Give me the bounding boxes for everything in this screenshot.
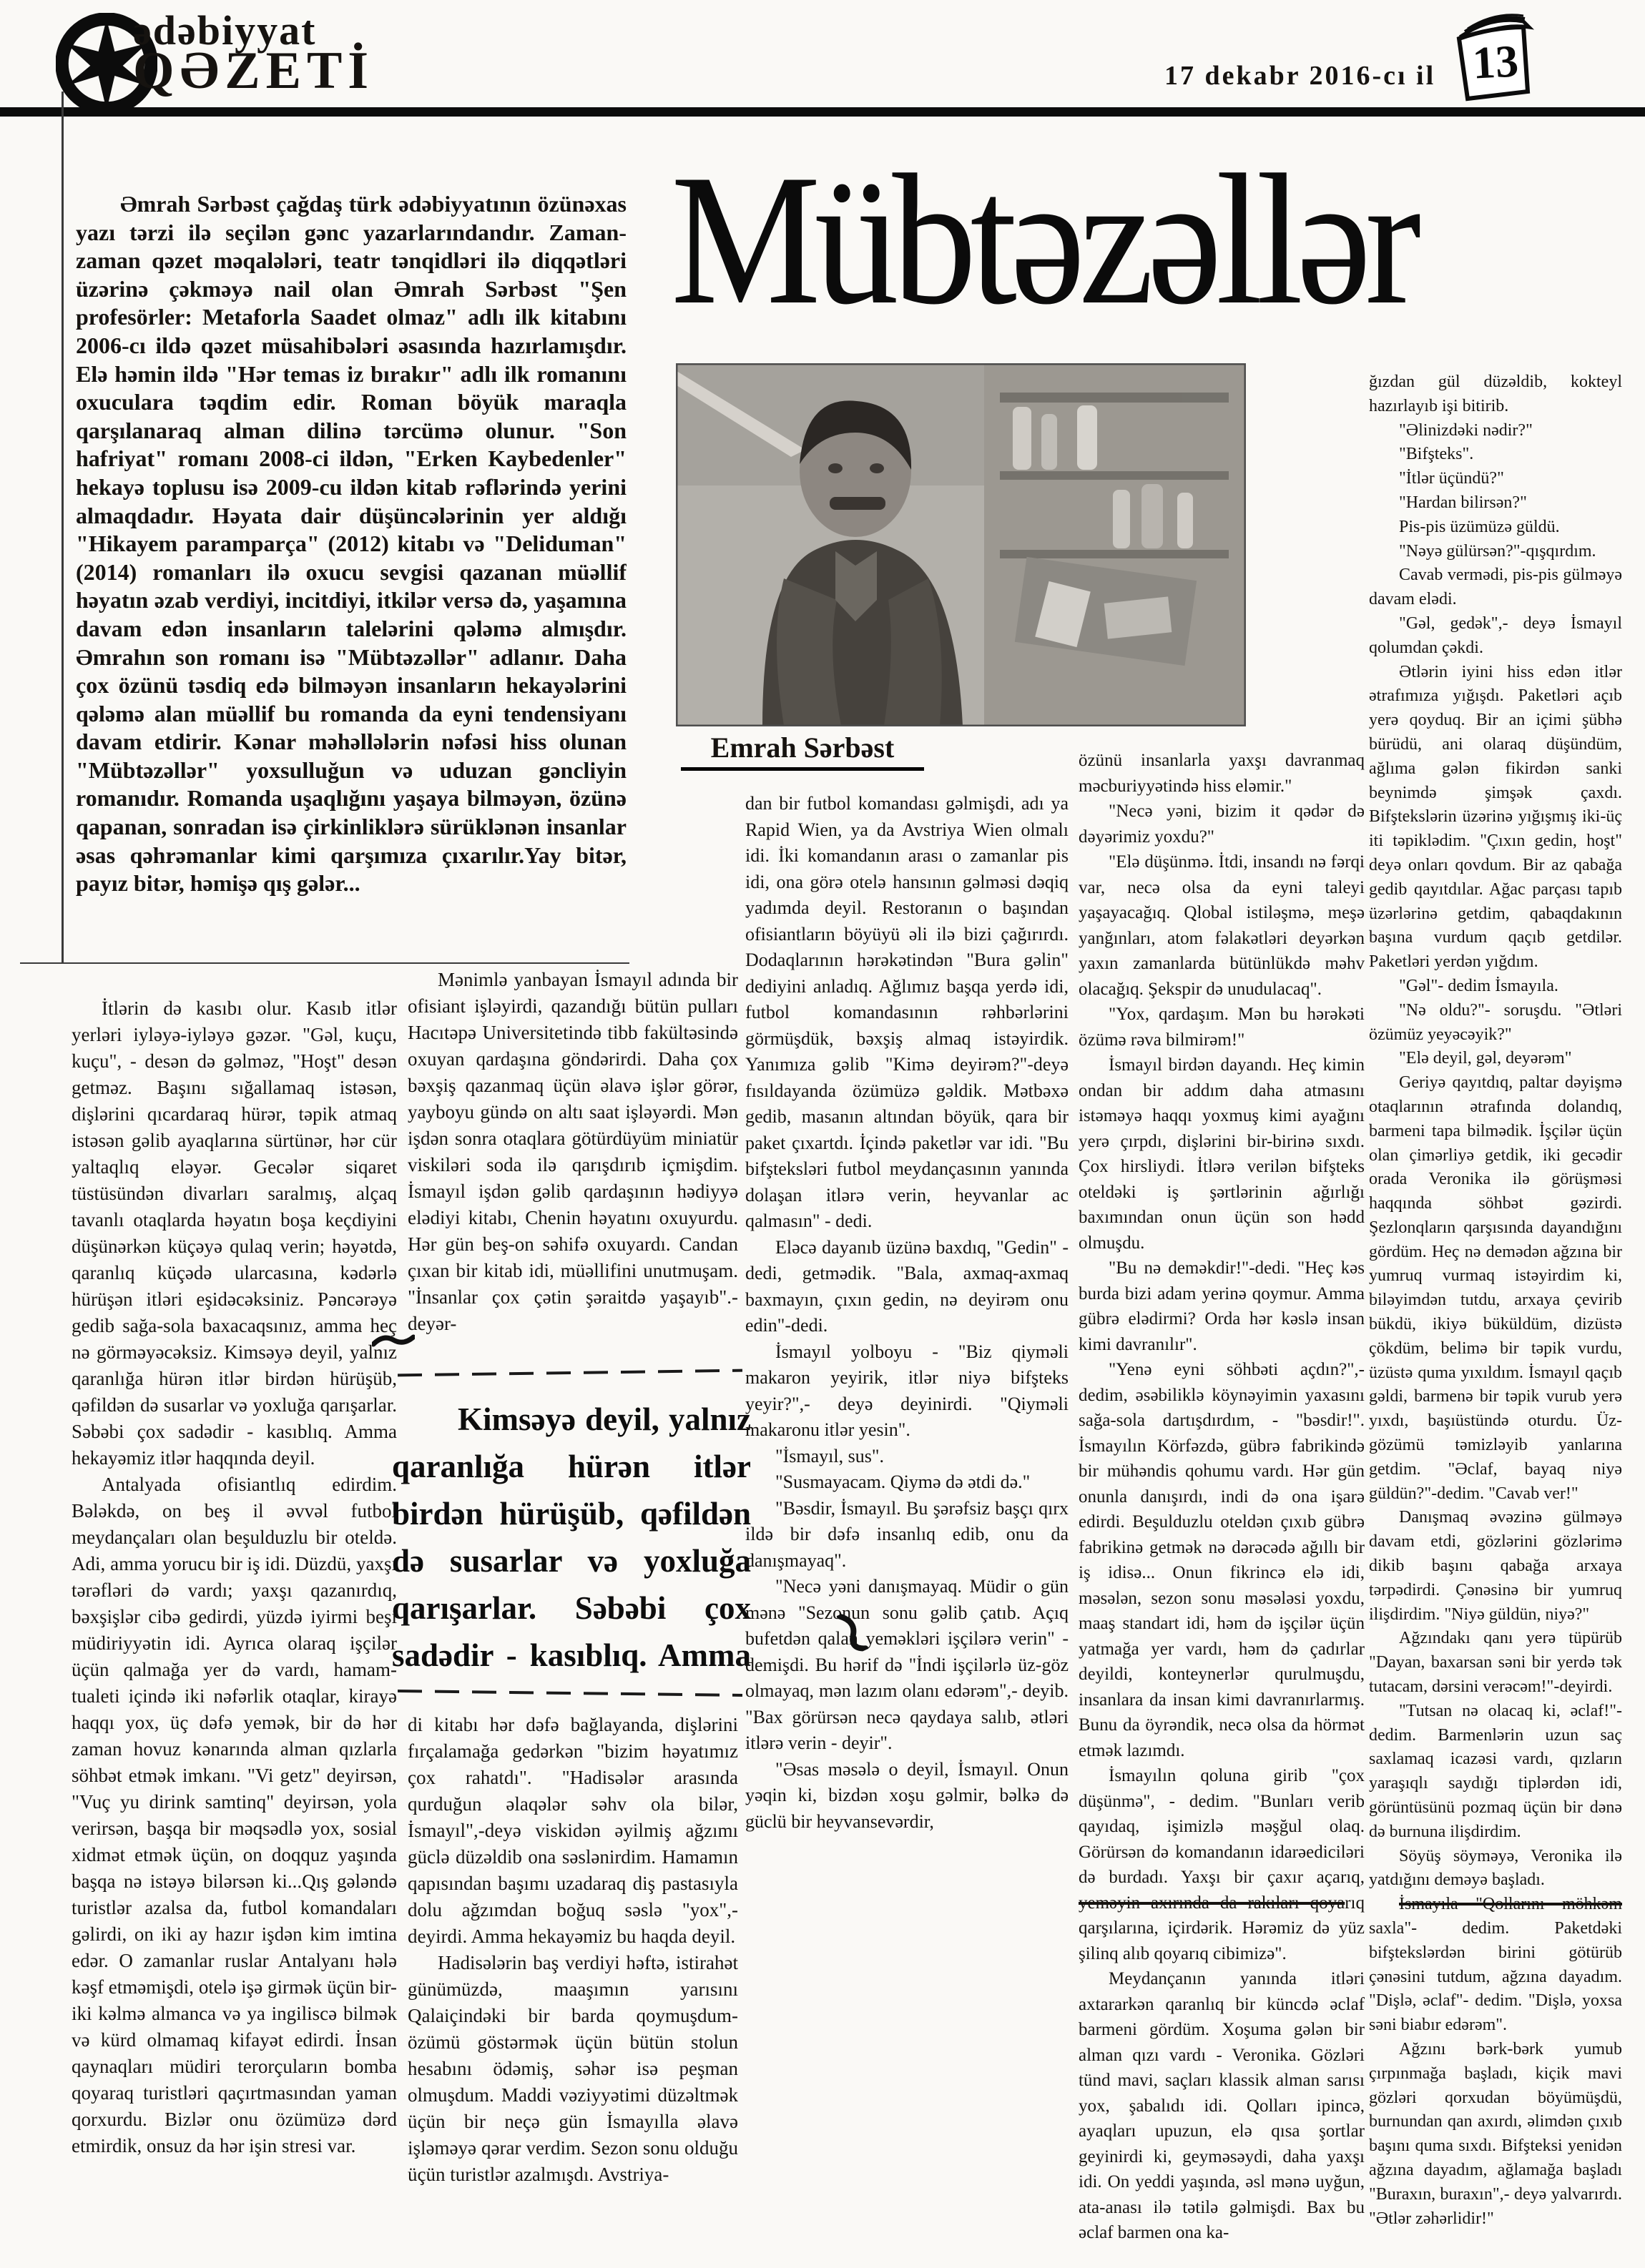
- paragraph: Pis-pis üzümüzə güldü.: [1369, 516, 1622, 540]
- paragraph: Cavab vermədi, pis-pis gülməyə davam elə…: [1369, 563, 1622, 612]
- paragraph: "Bifşteks".: [1369, 443, 1622, 467]
- paragraph: Danışmaq əvəzinə gülməyə davam etdi, göz…: [1369, 1506, 1622, 1627]
- paragraph: "Hardan bilirsən?": [1369, 491, 1622, 516]
- paragraph: "Yenə eyni söhbəti açdın?",- dedim, əsəb…: [1079, 1357, 1365, 1763]
- paragraph: Meydançanın yanında itləri axtararkən qa…: [1079, 1966, 1365, 2246]
- paragraph: İsmayıl yolboyu - "Biz qiyməli makaron y…: [745, 1339, 1069, 1444]
- newspaper-page: ədəbiyyat QƏZETİ 17 dekabr 2016-cı il 13…: [0, 0, 1645, 2268]
- paragraph: "Tutsan nə olacaq ki, əclaf!"- dedim. Ba…: [1369, 1700, 1622, 1845]
- body-column-3: dan bir futbol komandası gəlmişdi, adı y…: [745, 791, 1069, 2254]
- body-column-2-lower: di kitabı hər dəfə bağlayanda, dişlərini…: [408, 1712, 738, 2247]
- paragraph: Əmrah Sərbəst çağdaş türk ədəbiyyatının …: [76, 190, 627, 898]
- paragraph: dan bir futbol komandası gəlmişdi, adı y…: [745, 791, 1069, 1235]
- masthead-rule: [0, 107, 1645, 117]
- body-column-5: ğızdan gül düzəldib, kokteyl hazırlayıb …: [1369, 370, 1622, 2255]
- paragraph: "İsmayıl, sus".: [745, 1444, 1069, 1470]
- newspaper-logo: ədəbiyyat QƏZETİ: [56, 10, 456, 103]
- paragraph: "Əlinizdəki nədir?": [1369, 419, 1622, 443]
- paragraph: "Yox, qardaşım. Mən bu hərəkəti özümə rə…: [1079, 1002, 1365, 1052]
- paragraph: Ağzındakı qanı yerə tüpürüb "Dayan, baxa…: [1369, 1627, 1622, 1699]
- paragraph: Ətlərin iyini hiss edən itlər ətrafımıza…: [1369, 661, 1622, 975]
- paragraph: İsmayıl birdən dayandı. Heç kimin ondan …: [1079, 1052, 1365, 1256]
- paragraph: "Elə deyil, gəl, deyərəm": [1369, 1047, 1622, 1071]
- paragraph: Hadisələrin baş verdiyi həftə, istirahət…: [408, 1950, 738, 2188]
- paragraph: özünü insanlarla yaxşı davranmaq məcburi…: [1079, 748, 1365, 799]
- photo-caption: Emrah Sərbəst: [681, 731, 924, 771]
- paragraph: "Əsas məsələ o deyil, İsmayıl. Onun yəqi…: [745, 1757, 1069, 1835]
- paragraph: İtlərin də kasıbı olur. Kasıb itlər yerl…: [72, 995, 397, 1471]
- ink-scribble-icon: [372, 1331, 415, 1350]
- page-number-book-icon: 13: [1449, 11, 1541, 106]
- column-rule-vertical: [62, 92, 64, 962]
- paragraph: Eləcə dayanıb üzünə baxdıq, "Gedin" - de…: [745, 1235, 1069, 1339]
- body-column-1: İtlərin də kasıbı olur. Kasıb itlər yerl…: [72, 995, 397, 2232]
- paragraph: "Elə düşünmə. İtdi, insandı nə fərqi var…: [1079, 849, 1365, 1002]
- paragraph: Söyüş söyməyə, Veronika ilə yatdığını de…: [1369, 1845, 1622, 1893]
- paragraph: Ağzını bərk-bərk yumub çırpınmağa başlad…: [1369, 2038, 1622, 2231]
- body-column-2-upper: Mənimlə yanbayan İsmayıl adında bir ofis…: [408, 967, 738, 1387]
- paragraph: di kitabı hər dəfə bağlayanda, dişlərini…: [408, 1712, 738, 1950]
- article-title: Mübtəzəllər: [671, 156, 1540, 324]
- paragraph: Geriyə qayıtdıq, paltar dəyişmə otaqları…: [1369, 1071, 1622, 1506]
- paragraph: "Necə yəni, bizim it qədər də dəyərimiz …: [1079, 799, 1365, 849]
- paragraph: "Bəsdir, İsmayıl. Bu şərəfsiz başçı qırx…: [745, 1496, 1069, 1574]
- intro-bottom-rule: [20, 962, 629, 964]
- issue-date: 17 dekabr 2016-cı il: [1164, 60, 1435, 92]
- article-photo: [676, 363, 1246, 726]
- paragraph: "İtlər üçündü?": [1369, 467, 1622, 491]
- paragraph: "Susmayacam. Qiymə də ətdi də.": [745, 1469, 1069, 1496]
- paragraph: İsmayıla "Qollarını möhkəm saxla"- dedim…: [1369, 1893, 1622, 2038]
- paragraph: Kimsəyə deyil, yalnız qaranlığa hürən it…: [392, 1396, 751, 1680]
- paragraph: "Bu nə deməkdir!"-dedi. "Heç kəs burda b…: [1079, 1256, 1365, 1357]
- svg-text:13: 13: [1471, 35, 1520, 88]
- paragraph: Mənimlə yanbayan İsmayıl adında bir ofis…: [408, 967, 738, 1337]
- paragraph: "Gəl, gedək",- deyə İsmayıl qolumdan çək…: [1369, 612, 1622, 661]
- article-intro: Əmrah Sərbəst çağdaş türk ədəbiyyatının …: [76, 190, 627, 957]
- paragraph: "Nə oldu?"- soruşdu. "Ətləri özümüz yeyə…: [1369, 999, 1622, 1047]
- paragraph: "Nəyə gülürsən?"-qışqırdım.: [1369, 540, 1622, 564]
- logo-line2: QƏZETİ: [133, 47, 374, 94]
- pull-quote-divider-bottom: [398, 1690, 742, 1697]
- pull-quote: Kimsəyə deyil, yalnız qaranlığa hürən it…: [392, 1396, 751, 1680]
- paragraph: Antalyada ofisiantlıq edirdim. Bələkdə, …: [72, 1471, 397, 2159]
- paragraph: "Necə yəni danışmayaq. Müdir o gün mənə …: [745, 1574, 1069, 1757]
- paragraph: İsmayılın qoluna girib "çox düşünmə", - …: [1079, 1763, 1365, 1966]
- body-column-4: özünü insanlarla yaxşı davranmaq məcburi…: [1079, 748, 1365, 2258]
- paragraph: ğızdan gül düzəldib, kokteyl hazırlayıb …: [1369, 370, 1622, 419]
- paragraph: "Gəl"- dedim İsmayıla.: [1369, 975, 1622, 999]
- logo-text: ədəbiyyat QƏZETİ: [133, 10, 374, 94]
